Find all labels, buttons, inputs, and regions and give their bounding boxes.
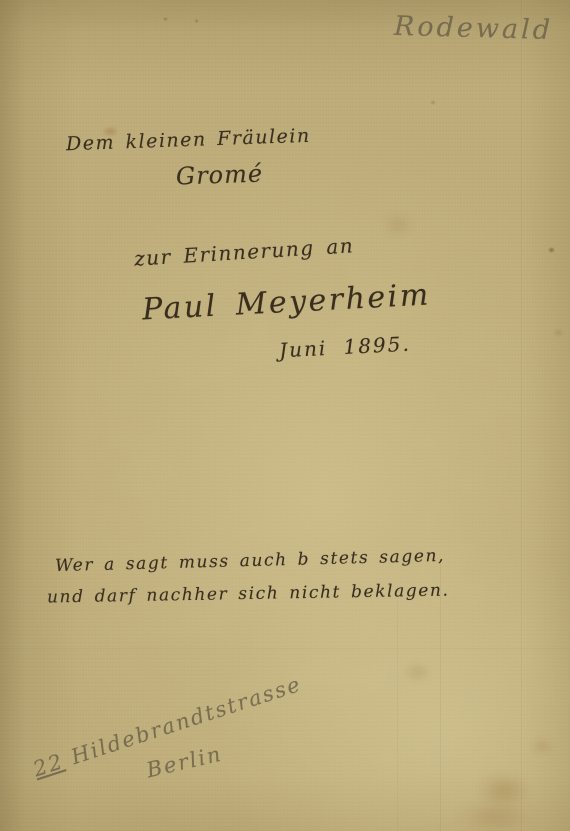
fox-spot	[548, 247, 555, 253]
flyleaf-photo: Rodewald Dem kleinen Fräulein Gromé zur …	[0, 0, 570, 831]
pencil-owner-name: Rodewald	[394, 11, 554, 46]
paper-crease-horizontal	[0, 648, 570, 649]
fox-spot	[382, 212, 414, 238]
fox-spot	[530, 738, 554, 755]
fox-spot	[430, 100, 436, 105]
paper-crease-vertical	[521, 0, 522, 831]
pencil-address-city: Berlin	[144, 742, 224, 783]
verse-line-2: und darf nachher sich nicht beklagen.	[47, 580, 450, 607]
fox-spot	[458, 800, 536, 831]
fox-spot	[194, 19, 199, 23]
fox-spot	[163, 17, 168, 21]
verse-line-1: Wer a sagt muss auch b stets sagen,	[55, 546, 445, 576]
fox-spot	[402, 662, 432, 682]
dedication-occasion-line: zur Erinnerung an	[133, 233, 354, 270]
fox-spot	[476, 772, 532, 808]
pencil-address-number: 22	[30, 749, 67, 781]
dedication-recipient-name: Gromé	[176, 159, 264, 190]
dedication-date: Juni 1895.	[278, 332, 411, 363]
fox-spot	[553, 328, 564, 337]
paper-crease-vertical	[397, 600, 398, 831]
dedication-recipient-line: Dem kleinen Fräulein	[66, 125, 311, 156]
dedication-signature: Paul Meyerheim	[141, 277, 431, 327]
